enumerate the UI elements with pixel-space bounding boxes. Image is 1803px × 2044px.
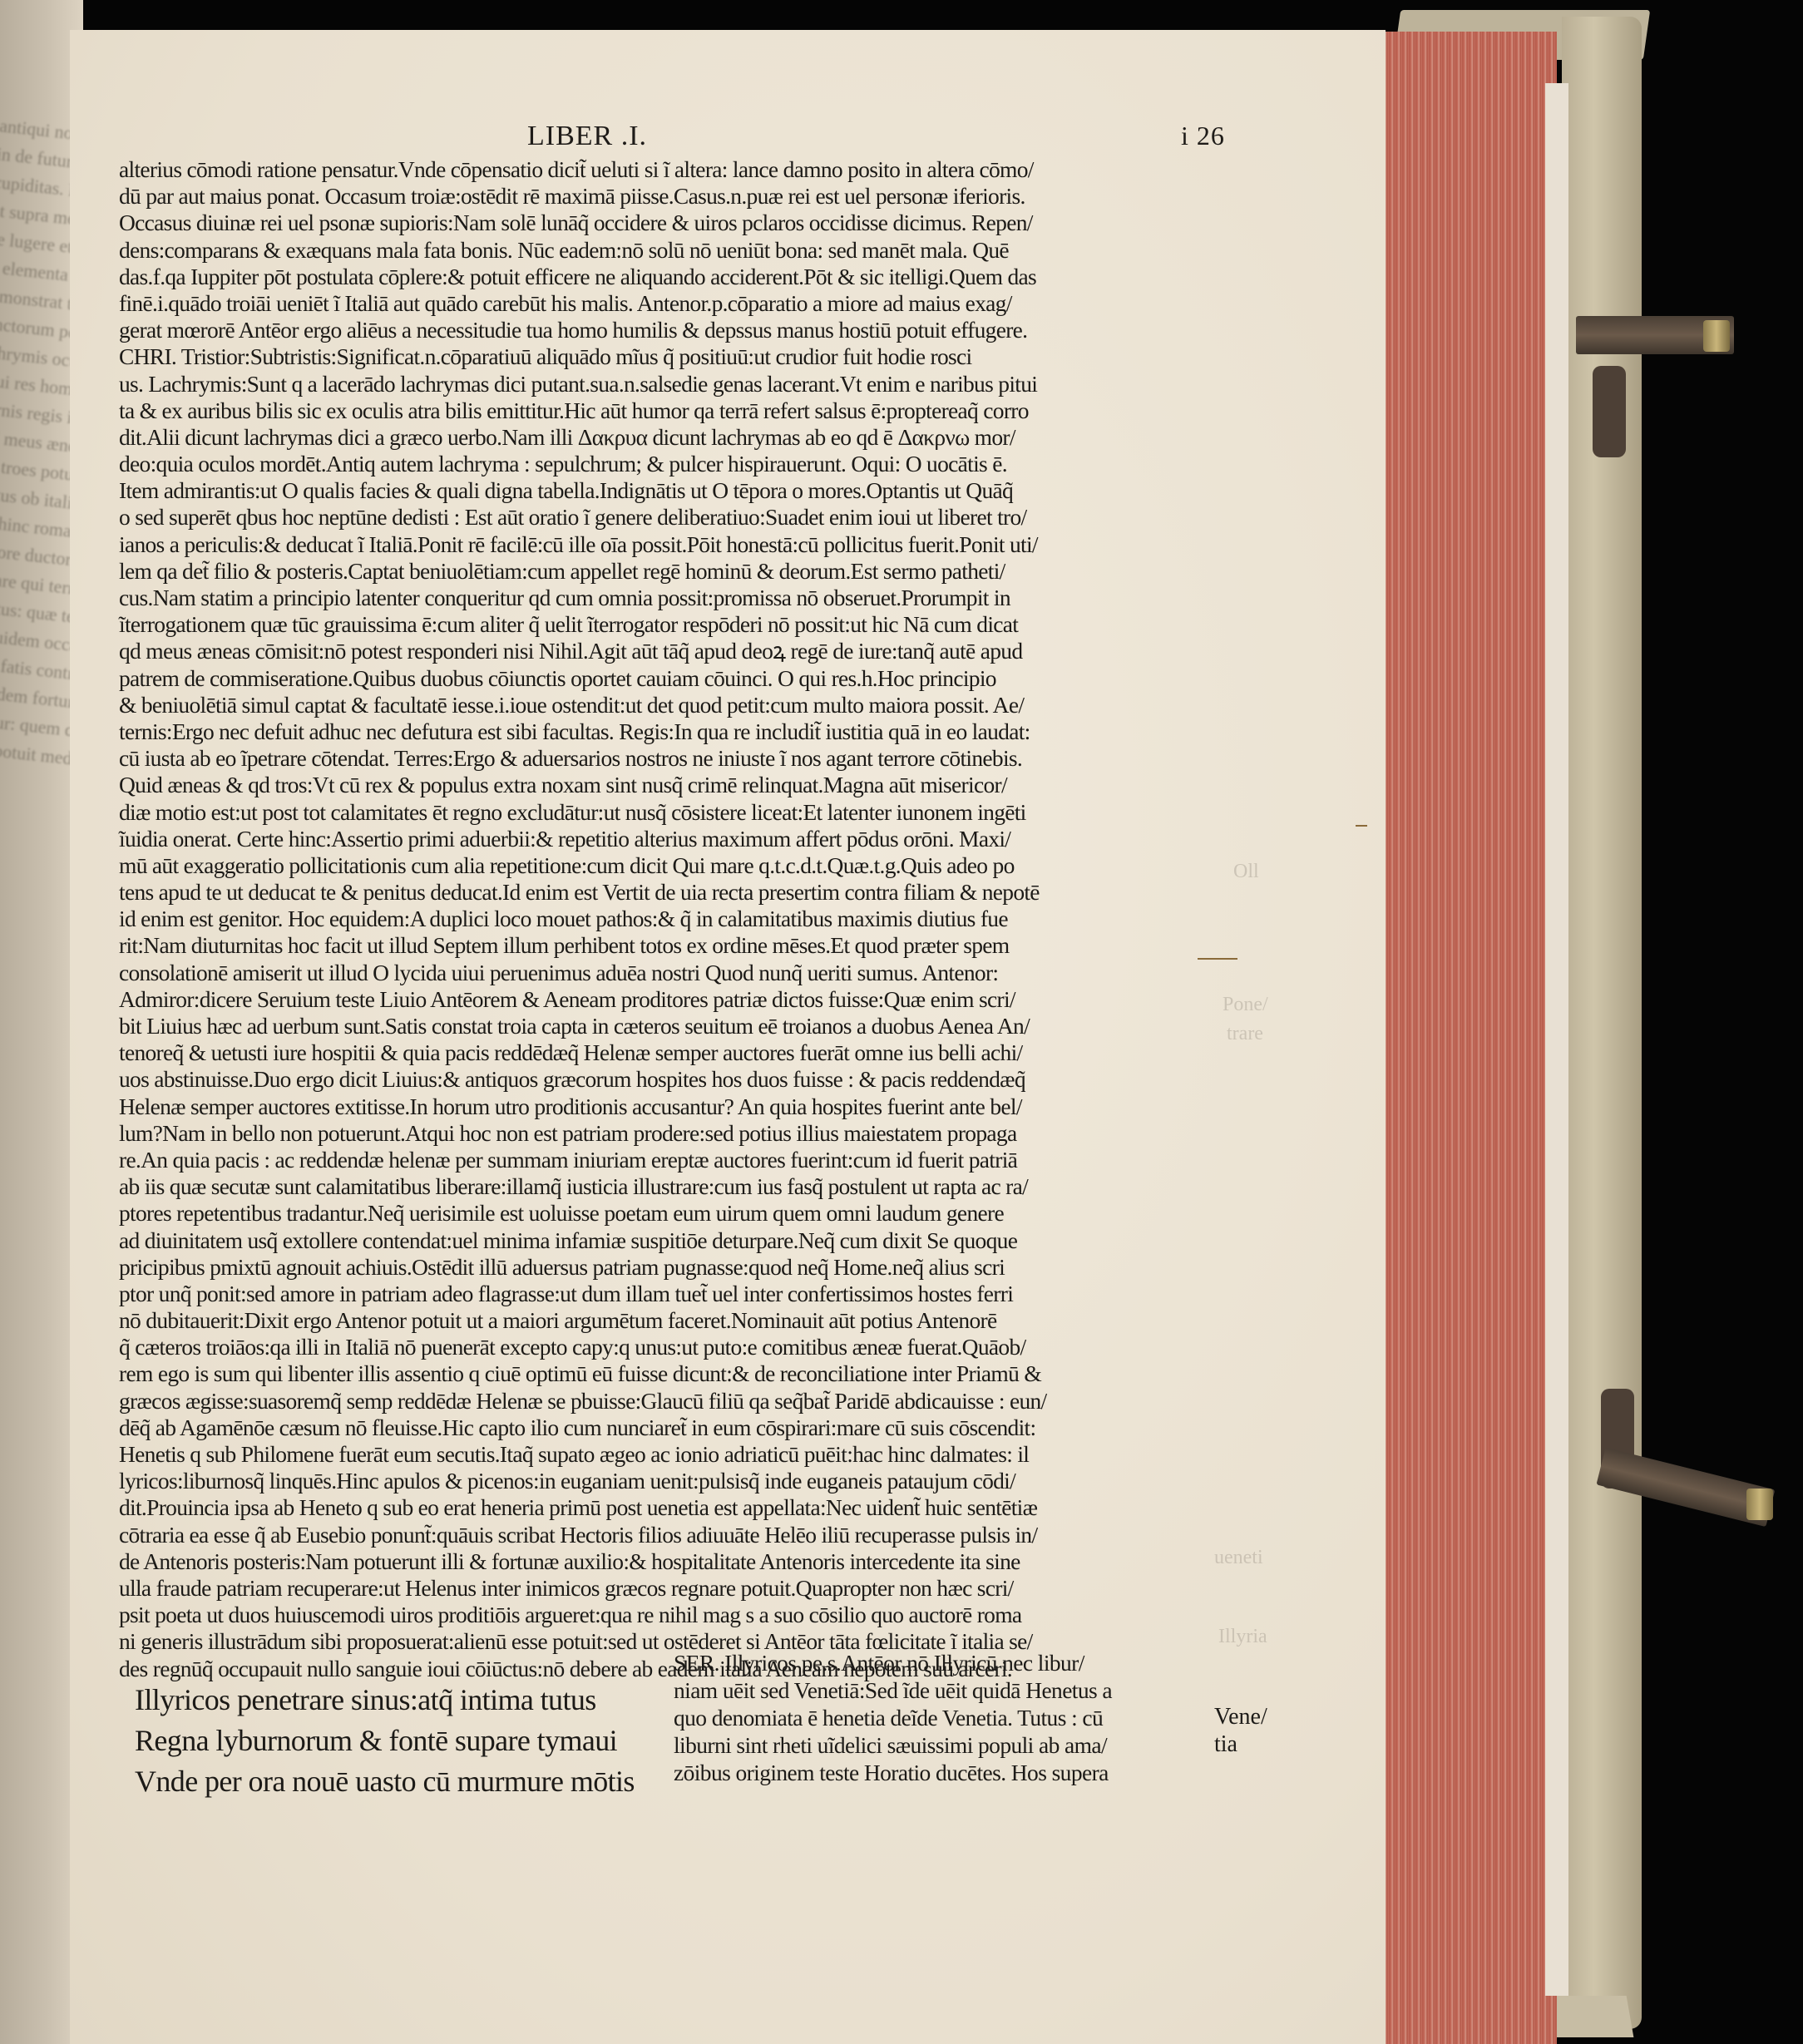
text-line: bit Liuius hæc ad uerbum sunt.Satis cons…	[119, 1013, 1204, 1039]
text-line: lum?Nam in bello non potuerunt.Atqui hoc…	[119, 1120, 1204, 1147]
verse-line: Regna lyburnorum & fontē supare tymaui	[135, 1721, 635, 1761]
text-line: ab iis quæ secutæ sunt calamitatibus lib…	[119, 1173, 1204, 1200]
text-line: q̃ cæteros troiāos:qa illi in Italiā nō …	[119, 1334, 1204, 1360]
text-line: uos abstinuisse.Duo ergo dicit Liuius:& …	[119, 1066, 1204, 1093]
clasp-anchor-top	[1593, 366, 1626, 457]
text-line: ad diuinitatem usq̃ extollere contendat:…	[119, 1227, 1204, 1254]
show-through-text: Illyria	[1218, 1626, 1267, 1648]
text-line: re.An quia pacis : ac reddendæ helenæ pe…	[119, 1147, 1204, 1173]
text-line: cōtraria ea esse q̃ ab Eusebio ponunt̃:q…	[119, 1522, 1204, 1548]
text-line: dit.Alii dicunt lachrymas dici a græco u…	[119, 424, 1204, 451]
text-line: dēq̃ ab Agamēnōe cæsum nō fleuisse.Hic c…	[119, 1415, 1204, 1441]
text-line: ternis:Ergo nec defuit adhuc nec defutur…	[119, 718, 1204, 745]
verse-line: Vnde per ora nouē uasto cū murmure mōtis	[135, 1761, 635, 1802]
marginal-note: Vene/ tia	[1214, 1703, 1267, 1758]
show-through-text: trare	[1227, 1023, 1263, 1045]
text-line: CHRI. Tristior:Subtristis:Significat.n.c…	[119, 343, 1204, 370]
text-line: patrem de commiseratione.Quibus duobus c…	[119, 665, 1204, 692]
text-line: Henetis q sub Philomene fuerāt eum secut…	[119, 1441, 1204, 1468]
marginal-note-line: tia	[1214, 1730, 1267, 1758]
text-line: dit.Prouincia ipsa ab Heneto q sub eo er…	[119, 1494, 1204, 1521]
text-line: rem ego is sum qui libenter illis assent…	[119, 1360, 1204, 1387]
text-line: ĩuidia onerat. Certe hinc:Assertio primi…	[119, 826, 1204, 852]
text-line: dens:comparans & exæquans mala fata boni…	[119, 237, 1204, 264]
text-line: diæ motio est:ut post tot calamitates ēt…	[119, 799, 1204, 826]
text-line: tens apud te ut deducat te & penitus ded…	[119, 879, 1204, 906]
text-line: & beniuolētiā simul captat & facultatē i…	[119, 692, 1204, 718]
text-line: deo:quia oculos mordēt.Antiq autem lachr…	[119, 451, 1204, 477]
text-line: Occasus diuinæ rei uel psonæ supioris:Na…	[119, 210, 1204, 236]
text-line: cū iusta ab eo ĩpetrare cōtendat. Terres…	[119, 745, 1204, 772]
text-line: nō dubitauerit:Dixit ergo Antenor potuit…	[119, 1307, 1204, 1334]
text-line: græcos ægisse:suasoremq̃ semp reddēdæ He…	[119, 1388, 1204, 1415]
text-line: us. Lachrymis:Sunt q a lacerādo lachryma…	[119, 371, 1204, 397]
text-line: alterius cōmodi ratione pensatur.Vnde cō…	[119, 156, 1204, 183]
commentary-line: SER. Illyricos pe.s.Antēor nō Illyricū n…	[674, 1649, 1112, 1676]
text-line: qd meus æneas cōmisit:nō potest responde…	[119, 638, 1204, 664]
commentary-line: niam uēit sed Venetiā:Sed ĩde uēit quidā…	[674, 1676, 1112, 1704]
running-head: LIBER .I.	[527, 121, 647, 152]
text-line: tenoreq̃ & uetusti iure hospitii & quia …	[119, 1039, 1204, 1066]
text-line: psit poeta ut duos huiuscemodi uiros pro…	[119, 1602, 1204, 1628]
red-sprinkled-fore-edge	[1382, 32, 1557, 2044]
marginal-note-line: Vene/	[1214, 1703, 1267, 1730]
clasp-brass-tip-top	[1703, 320, 1730, 352]
show-through-text: Pone/	[1223, 994, 1268, 1016]
text-line: ianos a periculis:& deducat ĩ Italiā.Pon…	[119, 531, 1204, 558]
endpaper-edge	[1545, 83, 1568, 1996]
virgil-verse-block: Illyricos penetrare sinus:atq̃ intima tu…	[135, 1680, 635, 1802]
text-line: ulla fraude patriam recuperare:ut Helenu…	[119, 1575, 1204, 1602]
commentary-text-block: alterius cōmodi ratione pensatur.Vnde cō…	[119, 156, 1204, 1682]
commentary-line: quo denomiata ē henetia deĩde Venetia. T…	[674, 1704, 1112, 1731]
text-line: mū aūt exaggeratio pollicitationis cum a…	[119, 852, 1204, 879]
pencil-mark	[1356, 825, 1367, 827]
show-through-text: Oll	[1233, 861, 1259, 883]
text-line: ĩterrogationem quæ tūc grauissima ē:cum …	[119, 611, 1204, 638]
text-line: de Antenoris posteris:Nam potuerunt illi…	[119, 1548, 1204, 1575]
text-line: das.f.qa Iuppiter pōt postulata cōplere:…	[119, 264, 1204, 290]
text-line: o sed superēt qbus hoc neptūne dedisti :…	[119, 504, 1204, 531]
folio-number: i 26	[1181, 121, 1225, 151]
show-through-text: ueneti	[1214, 1547, 1263, 1569]
servius-commentary-column: SER. Illyricos pe.s.Antēor nō Illyricū n…	[674, 1649, 1112, 1786]
clasp-brass-tip-bottom	[1746, 1489, 1773, 1520]
text-line: pricipibus pmixtū agnouit achiuis.Ostēdi…	[119, 1254, 1204, 1281]
text-line: gerat mœrorē Antēor ergo aliēus a necess…	[119, 317, 1204, 343]
text-line: ta & ex auribus bilis sic ex oculis atra…	[119, 397, 1204, 424]
pencil-mark	[1198, 958, 1237, 960]
text-line: Helenæ semper auctores extitisse.In horu…	[119, 1094, 1204, 1120]
text-line: consolationē amiserit ut illud O lycida …	[119, 960, 1204, 986]
text-line: Quid æneas & qd tros:Vt cū rex & populus…	[119, 772, 1204, 798]
text-line: rit:Nam diuturnitas hoc facit ut illud S…	[119, 932, 1204, 959]
text-line: ptor unq̃ ponit:sed amore in patriam ade…	[119, 1281, 1204, 1307]
commentary-line: liburni sint rheti uĩdelici sæuissimi po…	[674, 1731, 1112, 1759]
text-line: ptores repetentibus tradantur.Neq̃ ueris…	[119, 1200, 1204, 1227]
text-line: finē.i.quādo troiāi ueniēt ĩ Italiā aut …	[119, 290, 1204, 317]
text-line: cus.Nam statim a principio latenter conq…	[119, 585, 1204, 611]
verse-line: Illyricos penetrare sinus:atq̃ intima tu…	[135, 1680, 635, 1721]
text-line: Admiror:dicere Seruium teste Liuio Antēo…	[119, 986, 1204, 1013]
text-line: lyricos:liburnosq̃ linquēs.Hinc apulos &…	[119, 1468, 1204, 1494]
text-line: Item admirantis:ut O qualis facies & qua…	[119, 477, 1204, 504]
text-line: lem qa det̃ filio & posteris.Captat beni…	[119, 558, 1204, 585]
commentary-line: zōibus originem teste Horatio ducētes. H…	[674, 1759, 1112, 1786]
text-line: id enim est genitor. Hoc equidem:A dupli…	[119, 906, 1204, 932]
text-line: dū par aut maius ponat. Occasum troiæ:os…	[119, 183, 1204, 210]
